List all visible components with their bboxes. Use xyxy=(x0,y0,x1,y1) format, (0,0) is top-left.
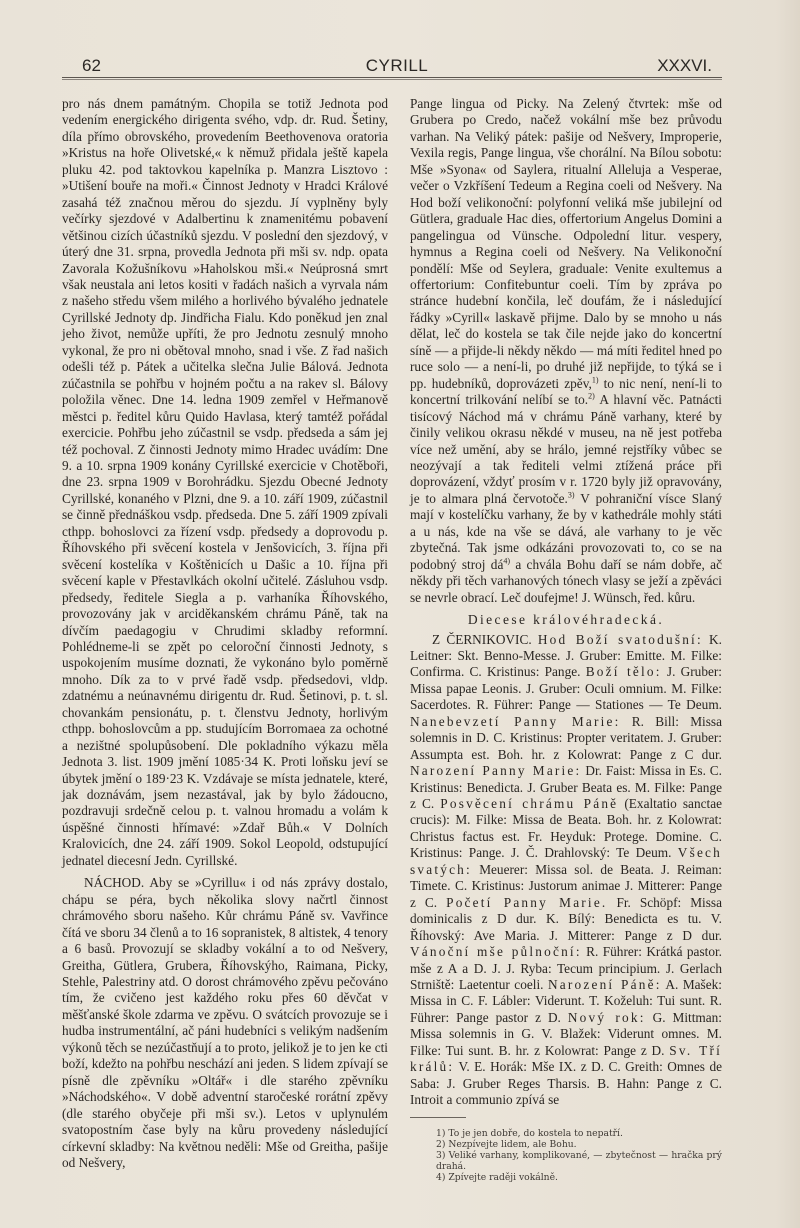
feast-name: Nanebevzetí Panny Marie: xyxy=(410,714,621,729)
feast-name: Narození Páně: xyxy=(548,977,662,992)
report-cernikovice-paragraph: Z ČERNIKOVIC. Hod Boží svatodušní: K. Le… xyxy=(410,632,722,1109)
journal-title: CYRILL xyxy=(82,56,712,76)
right-column: Pange lingua od Picky. Na Zelený čtvrtek… xyxy=(410,96,722,1184)
footnote-2: 2) Nezpívejte lidem, ale Bohu. xyxy=(410,1139,722,1150)
footnote-3: 3) Veliké varhany, komplikované, — zbyte… xyxy=(410,1150,722,1172)
footnote-1: 1) To je jen dobře, do kostela to nepatř… xyxy=(410,1128,722,1139)
feast-name: Vánoční mše půlnoční: xyxy=(410,944,582,959)
feast-name: Hod Boží svatodušní: xyxy=(538,632,703,647)
feast-name: Boží tělo: xyxy=(586,664,662,679)
footnote-rule xyxy=(410,1117,466,1118)
report-nachod-continued: Pange lingua od Picky. Na Zelený čtvrtek… xyxy=(410,96,722,606)
footnote-4: 4) Zpívejte raději vokálně. xyxy=(410,1172,722,1183)
feast-name: Narození Panny Marie: xyxy=(410,763,581,778)
feast-name: Početí Panny Marie. xyxy=(446,895,607,910)
running-header: 62 CYRILL XXXVI. xyxy=(82,56,712,78)
report-nachod-paragraph: NÁCHOD. Aby se »Cyrillu« i od nás zprávy… xyxy=(62,875,388,1171)
document-page: 62 CYRILL XXXVI. pro nás dnem památným. … xyxy=(0,0,800,1228)
left-column: pro nás dnem památným. Chopila se totiž … xyxy=(62,96,388,1171)
report-hradec-paragraph: pro nás dnem památným. Chopila se totiž … xyxy=(62,96,388,869)
footnote-ref-3[interactable]: 3) xyxy=(568,490,575,499)
feast-name: Nový rok: xyxy=(568,1010,646,1025)
feast-name: Posvěcení chrámu Páně xyxy=(440,796,618,811)
section-heading: Diecese královéhradecká. xyxy=(410,612,722,628)
footnotes: 1) To je jen dobře, do kostela to nepatř… xyxy=(410,1128,722,1184)
footnote-ref-2[interactable]: 2) xyxy=(588,392,595,401)
volume-number: XXXVI. xyxy=(657,56,712,76)
header-rule xyxy=(62,77,722,80)
